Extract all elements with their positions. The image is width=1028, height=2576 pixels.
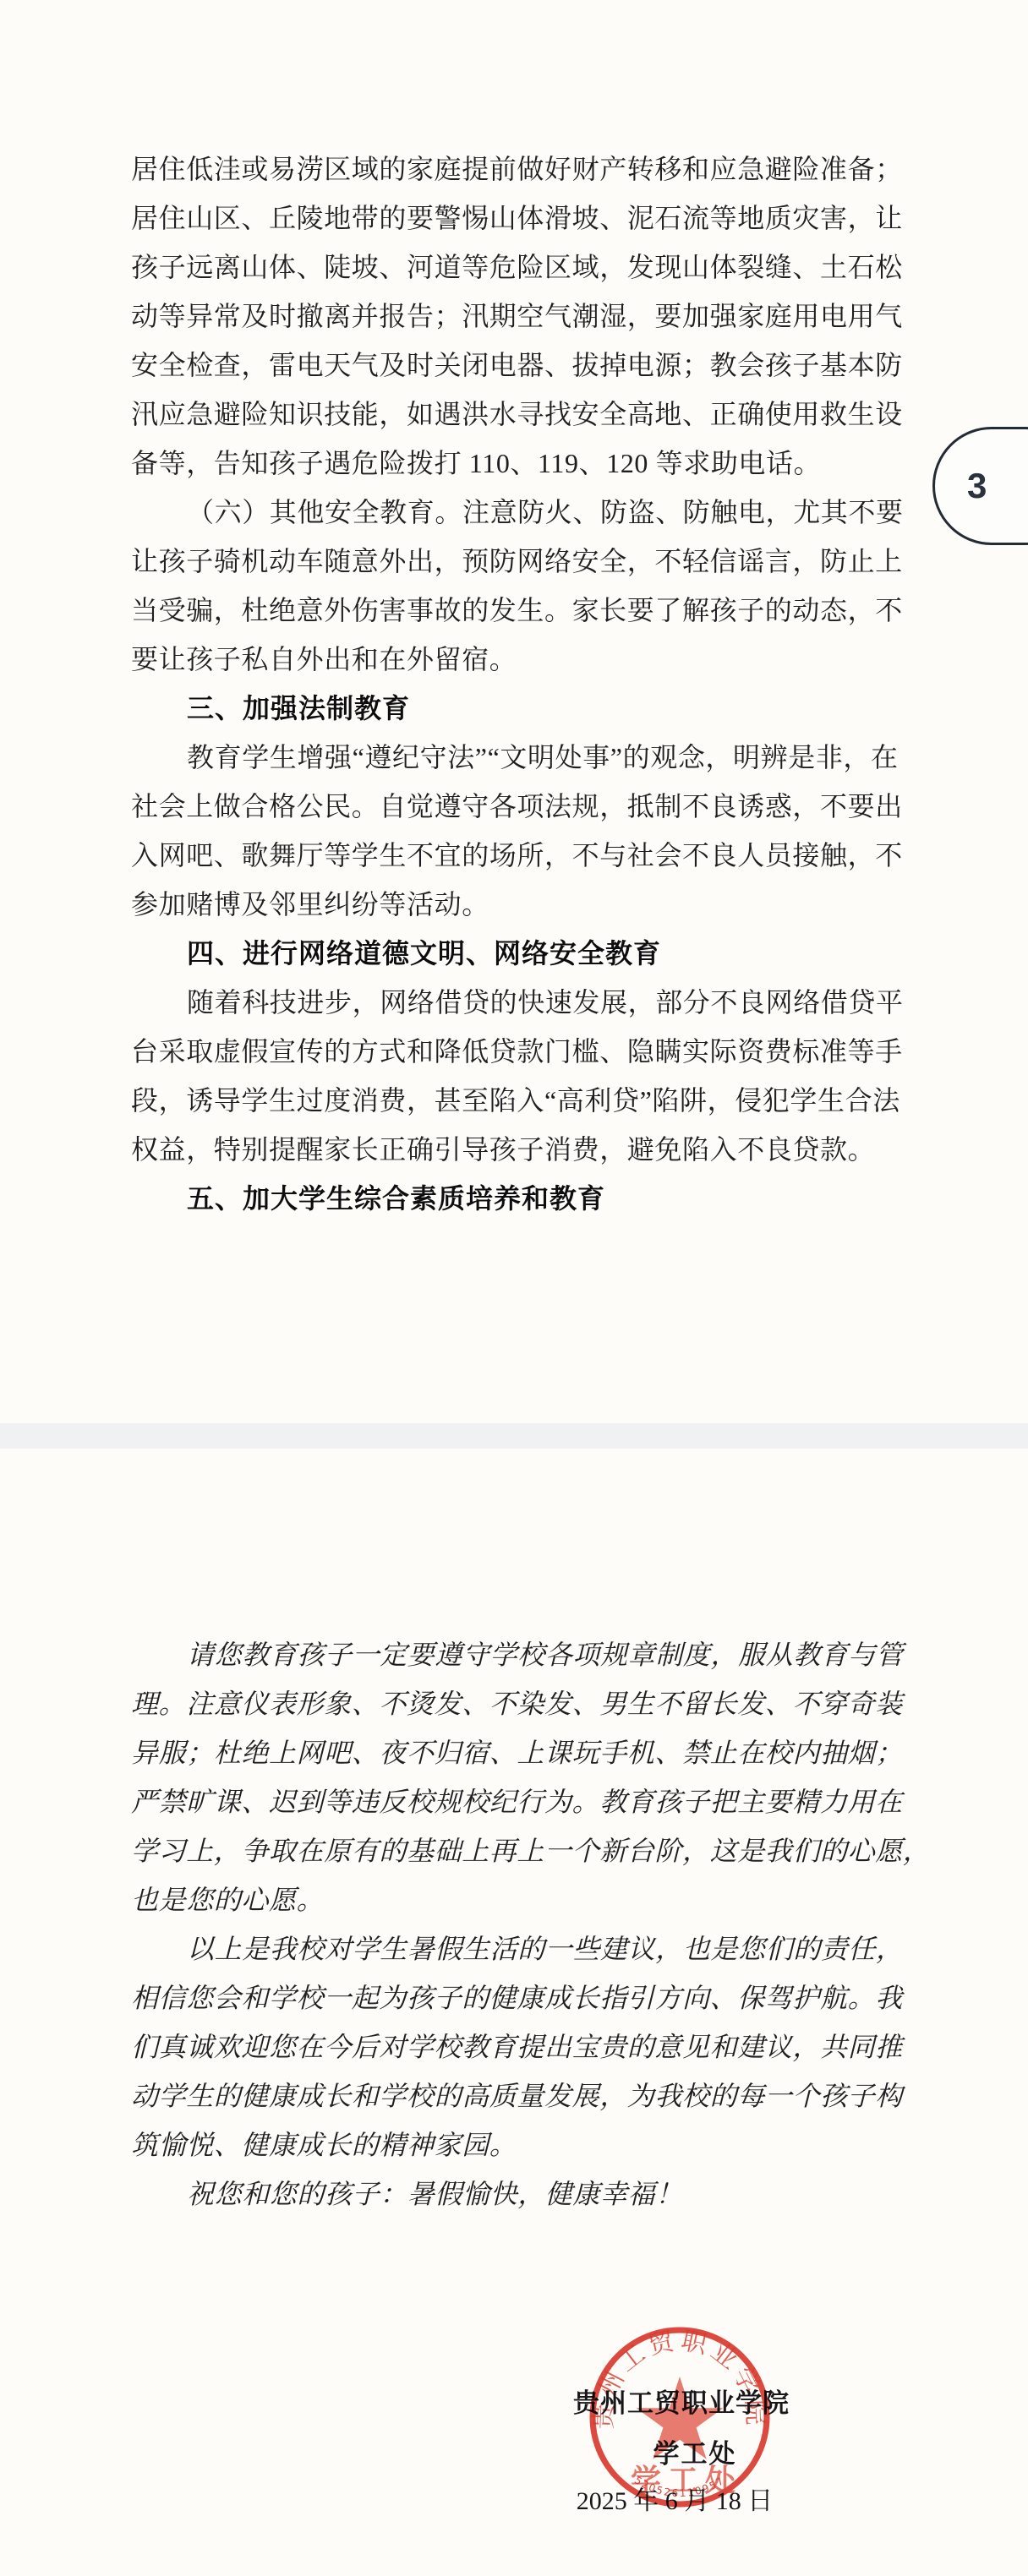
text-line: 也是您的心愿。 [131,1875,907,1924]
official-seal: 贵州工贸职业学院 学工处 520526110957 [585,2322,774,2512]
text-line: 相信您会和学校一起为孩子的健康成长指引方向、保驾护航。我 [131,1973,907,2022]
text-line: 异服；杜绝上网吧、夜不归宿、上课玩手机、禁止在校内抽烟； [131,1728,907,1777]
text-line: 理。注意仪表形象、不烫发、不染发、男生不留长发、不穿奇装 [131,1679,907,1728]
page2-text-block: 请您教育孩子一定要遵守学校各项规章制度，服从教育与管理。注意仪表形象、不烫发、不… [131,1630,907,2219]
text-line: 段，诱导学生过度消费，甚至陷入“高利贷”陷阱，侵犯学生合法 [131,1076,907,1125]
text-line: 请您教育孩子一定要遵守学校各项规章制度，服从教育与管 [131,1630,907,1679]
text-line: 学习上，争取在原有的基础上再上一个新台阶，这是我们的心愿， [131,1826,907,1875]
text-line: 备等，告知孩子遇危险拨打 110、119、120 等求助电话。 [131,439,907,488]
section-heading: 三、加强法制教育 [131,684,907,733]
text-line: 教育学生增强“遵纪守法”“文明处事”的观念，明辨是非，在 [131,733,907,782]
text-line: 当受骗，杜绝意外伤害事故的发生。家长要了解孩子的动态，不 [131,586,907,635]
text-line: 居住山区、丘陵地带的要警惕山体滑坡、泥石流等地质灾害，让 [131,194,907,243]
section-heading: 四、进行网络道德文明、网络安全教育 [131,929,907,978]
page1-text-block: 居住低洼或易涝区域的家庭提前做好财产转移和应急避险准备；居住山区、丘陵地带的要警… [131,145,907,1223]
text-line: 让孩子骑机动车随意外出，预防网络安全，不轻信谣言，防止上 [131,537,907,586]
text-line: （六）其他安全教育。注意防火、防盗、防触电，尤其不要 [131,488,907,537]
text-line: 们真诚欢迎您在今后对学校教育提出宝贵的意见和建议，共同推 [131,2022,907,2071]
text-line: 居住低洼或易涝区域的家庭提前做好财产转移和应急避险准备； [131,145,907,194]
text-line: 权益，特别提醒家长正确引导孩子消费，避免陷入不良贷款。 [131,1125,907,1174]
text-line: 祝您和您的孩子：暑假愉快，健康幸福！ [131,2169,907,2219]
text-line: 随着科技进步，网络借贷的快速发展，部分不良网络借贷平 [131,978,907,1027]
text-line: 参加赌博及邻里纠纷等活动。 [131,880,907,929]
text-line: 汛应急避险知识技能，如遇洪水寻找安全高地、正确使用救生设 [131,390,907,439]
seal-star-icon [637,2377,724,2459]
text-line: 要让孩子私自外出和在外留宿。 [131,635,907,684]
text-line: 社会上做合格公民。自觉遵守各项法规，抵制不良诱惑，不要出 [131,782,907,831]
text-line: 台采取虚假宣传的方式和降低贷款门槛、隐瞒实际资费标准等手 [131,1027,907,1076]
text-line: 孩子远离山体、陡坡、河道等危险区域，发现山体裂缝、土石松 [131,243,907,292]
text-line: 筑愉悦、健康成长的精神家园。 [131,2120,907,2169]
text-line: 安全检查，雷电天气及时关闭电器、拔掉电源；教会孩子基本防 [131,341,907,390]
page-number: 3 [967,466,987,506]
text-line: 以上是我校对学生暑假生活的一些建议，也是您们的责任， [131,1924,907,1973]
text-line: 严禁旷课、迟到等违反校规校纪行为。教育孩子把主要精力用在 [131,1777,907,1826]
text-line: 动学生的健康成长和学校的高质量发展，为我校的每一个孩子构 [131,2071,907,2120]
section-heading: 五、加大学生综合素质培养和教育 [131,1174,907,1223]
text-line: 入网吧、歌舞厅等学生不宜的场所，不与社会不良人员接触，不 [131,831,907,880]
text-line: 动等异常及时撤离并报告；汛期空气潮湿，要加强家庭用电用气 [131,292,907,341]
page-gap-divider [0,1423,1028,1449]
